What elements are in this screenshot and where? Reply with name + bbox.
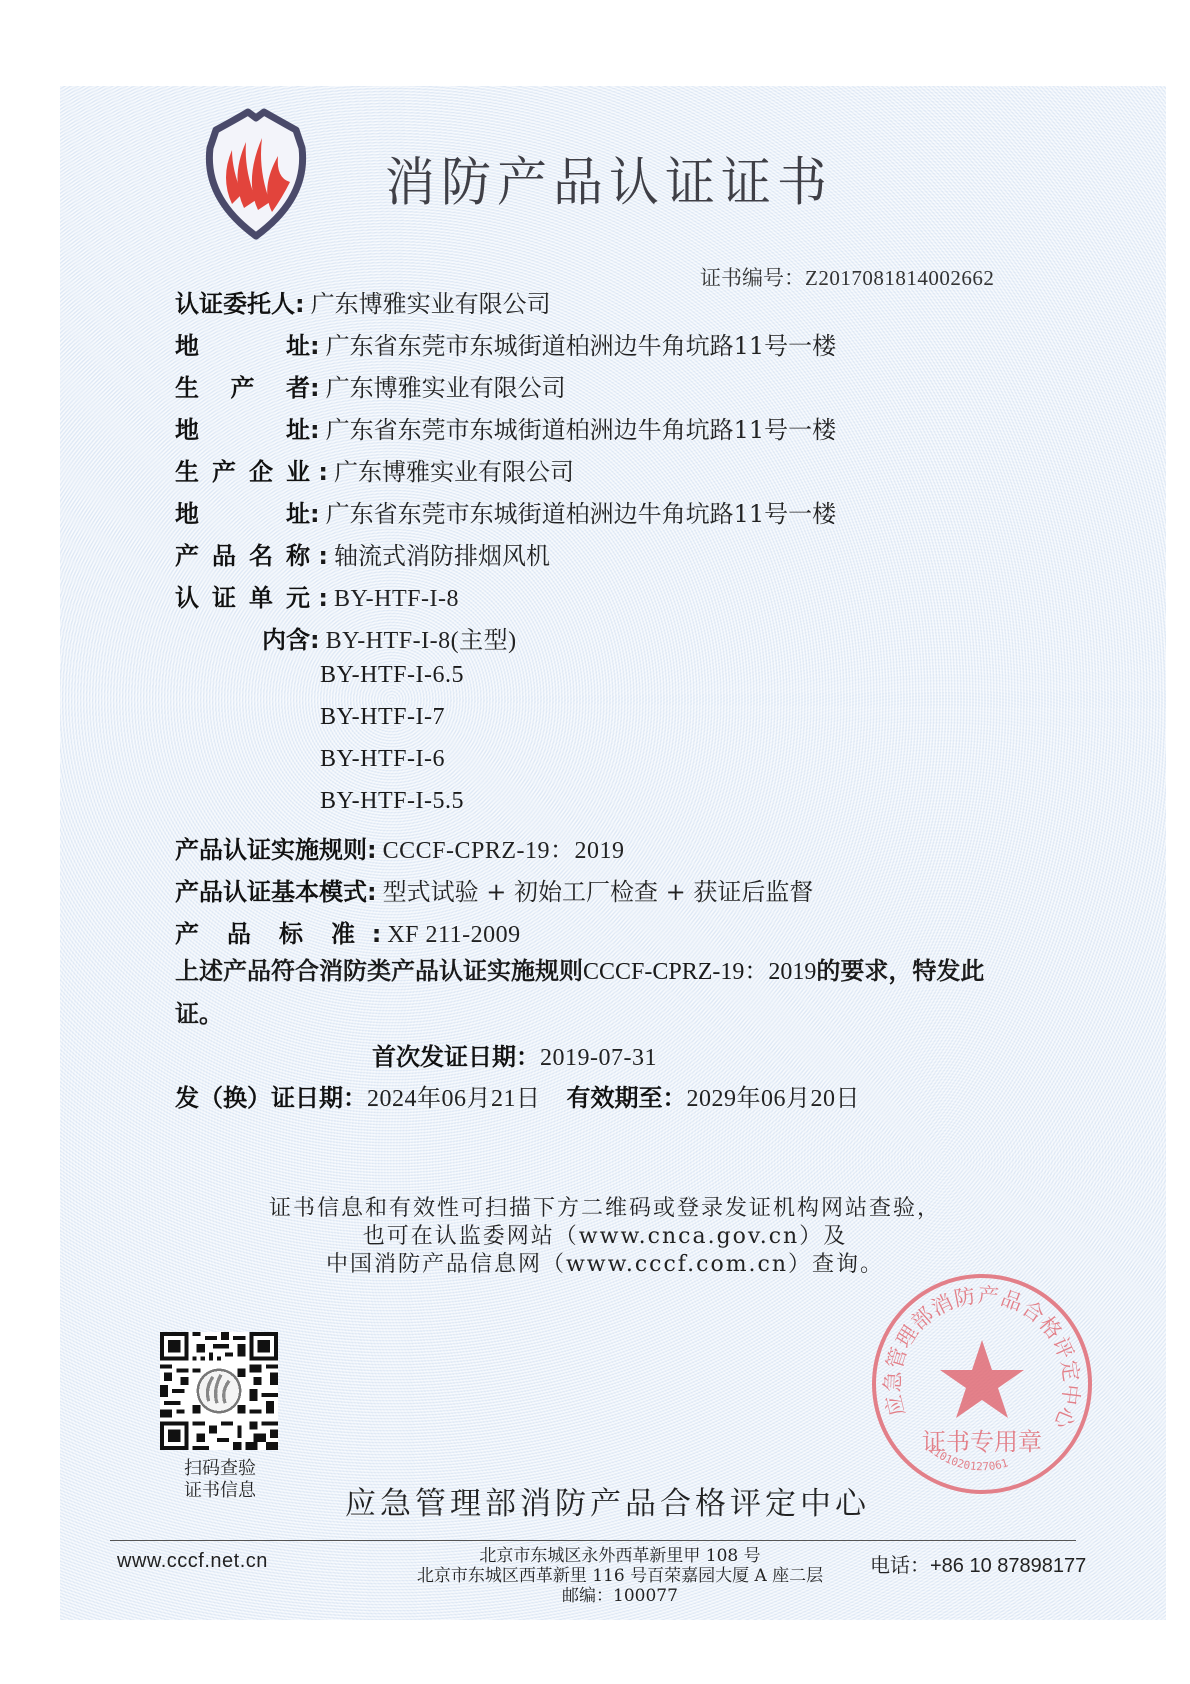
valid-until-label: 有效期至： <box>567 1078 687 1113</box>
model-item: BY-HTF-I-6 <box>320 746 445 773</box>
footer-divider <box>110 1540 1076 1541</box>
field-value: 型式试验 + 初始工厂检查 + 获证后监督 <box>383 872 814 907</box>
field-label: 产品认证基本模式 <box>175 872 367 907</box>
field-value: BY-HTF-I-8 <box>334 586 459 613</box>
first-issue-label: 首次发证日期： <box>372 1037 540 1072</box>
fire-shield-logo-icon <box>198 108 314 240</box>
conformity-statement: 上述产品符合消防类产品认证实施规则CCCF-CPRZ-19：2019的要求，特发… <box>175 950 1005 1035</box>
field-label: 地址 <box>175 494 310 529</box>
field-product-name: 产品名称 : 轴流式消防排烟风机 <box>175 536 550 571</box>
issue-validity-dates: 发（换）证日期： 2024年06月21日 有效期至： 2029年06月20日 <box>175 1078 860 1113</box>
field-cert-unit: 认证单元 : BY-HTF-I-8 <box>175 578 459 613</box>
field-factory: 生产企业 : 广东博雅实业有限公司 <box>175 452 574 487</box>
field-mode: 产品认证基本模式: 型式试验 + 初始工厂检查 + 获证后监督 <box>175 872 813 907</box>
field-standard: 产品标准 : XF 211-2009 <box>175 914 521 949</box>
certificate-number: 证书编号：Z2017081814002662 <box>700 262 994 292</box>
field-label: 生产者 <box>175 368 310 403</box>
field-applicant-address: 地址: 广东省东莞市东城街道柏洲边牛角坑路11号一楼 <box>175 326 836 361</box>
field-factory-address: 地址: 广东省东莞市东城街道柏洲边牛角坑路11号一楼 <box>175 494 836 529</box>
footer-address: 北京市东城区永外西革新里甲 108 号 北京市东城区西革新里 116 号百荣嘉园… <box>385 1546 855 1606</box>
official-seal-icon: 应急管理部消防产品合格评定中心 证书专用章 1101020127061 <box>868 1270 1096 1498</box>
field-value: 广东博雅实业有限公司 <box>334 452 574 487</box>
first-issue-value: 2019-07-31 <box>540 1045 657 1072</box>
field-label: 产品标准 <box>175 914 355 949</box>
issue-date-value: 2024年06月21日 <box>367 1078 541 1113</box>
verification-note: 证书信息和有效性可扫描下方二维码或登录发证机构网站查验， 也可在认监委网站（ww… <box>200 1195 1010 1279</box>
field-value: XF 211-2009 <box>387 922 520 949</box>
certificate-number-value: Z2017081814002662 <box>805 266 994 290</box>
field-label: 产品名称 <box>175 536 310 571</box>
field-value: 轴流式消防排烟风机 <box>334 536 550 571</box>
field-manufacturer-address: 地址: 广东省东莞市东城街道柏洲边牛角坑路11号一楼 <box>175 410 836 445</box>
field-rules: 产品认证实施规则: CCCF-CPRZ-19：2019 <box>175 830 625 865</box>
qr-caption: 扫码查验 证书信息 <box>170 1458 270 1502</box>
field-label: 认证单元 <box>175 578 310 613</box>
field-label: 地址 <box>175 326 310 361</box>
field-label: 内含 <box>240 620 310 655</box>
field-value: 广东省东莞市东城街道柏洲边牛角坑路11号一楼 <box>326 410 837 445</box>
qr-code-icon[interactable] <box>160 1332 278 1450</box>
field-label: 认证委托人 <box>175 284 295 319</box>
model-item: BY-HTF-I-8(主型) <box>326 620 517 655</box>
issuing-authority: 应急管理部消防产品合格评定中心 <box>345 1478 870 1523</box>
field-includes: 内含: BY-HTF-I-8(主型) <box>240 620 517 655</box>
footer-website-link[interactable]: www.cccf.net.cn <box>117 1550 268 1573</box>
field-applicant: 认证委托人: 广东博雅实业有限公司 <box>175 284 551 319</box>
field-label: 地址 <box>175 410 310 445</box>
model-item: BY-HTF-I-7 <box>320 704 445 731</box>
footer-phone: 电话：+86 10 87898177 <box>870 1549 1086 1578</box>
field-value: 广东省东莞市东城街道柏洲边牛角坑路11号一楼 <box>326 326 837 361</box>
field-label: 生产企业 <box>175 452 310 487</box>
model-item: BY-HTF-I-6.5 <box>320 662 464 689</box>
field-manufacturer: 生产者: 广东博雅实业有限公司 <box>175 368 566 403</box>
field-label: 产品认证实施规则 <box>175 830 367 865</box>
field-value: 广东博雅实业有限公司 <box>326 368 566 403</box>
field-value: 广东博雅实业有限公司 <box>311 284 551 319</box>
issue-date-label: 发（换）证日期： <box>175 1078 367 1113</box>
field-value: 广东省东莞市东城街道柏洲边牛角坑路11号一楼 <box>326 494 837 529</box>
field-value: CCCF-CPRZ-19：2019 <box>383 830 625 865</box>
model-item: BY-HTF-I-5.5 <box>320 788 464 815</box>
certificate-title: 消防产品认证证书 <box>385 140 833 216</box>
certificate-number-label: 证书编号： <box>700 266 805 290</box>
first-issue-date: 首次发证日期： 2019-07-31 <box>372 1037 657 1072</box>
valid-until-value: 2029年06月20日 <box>687 1078 861 1113</box>
